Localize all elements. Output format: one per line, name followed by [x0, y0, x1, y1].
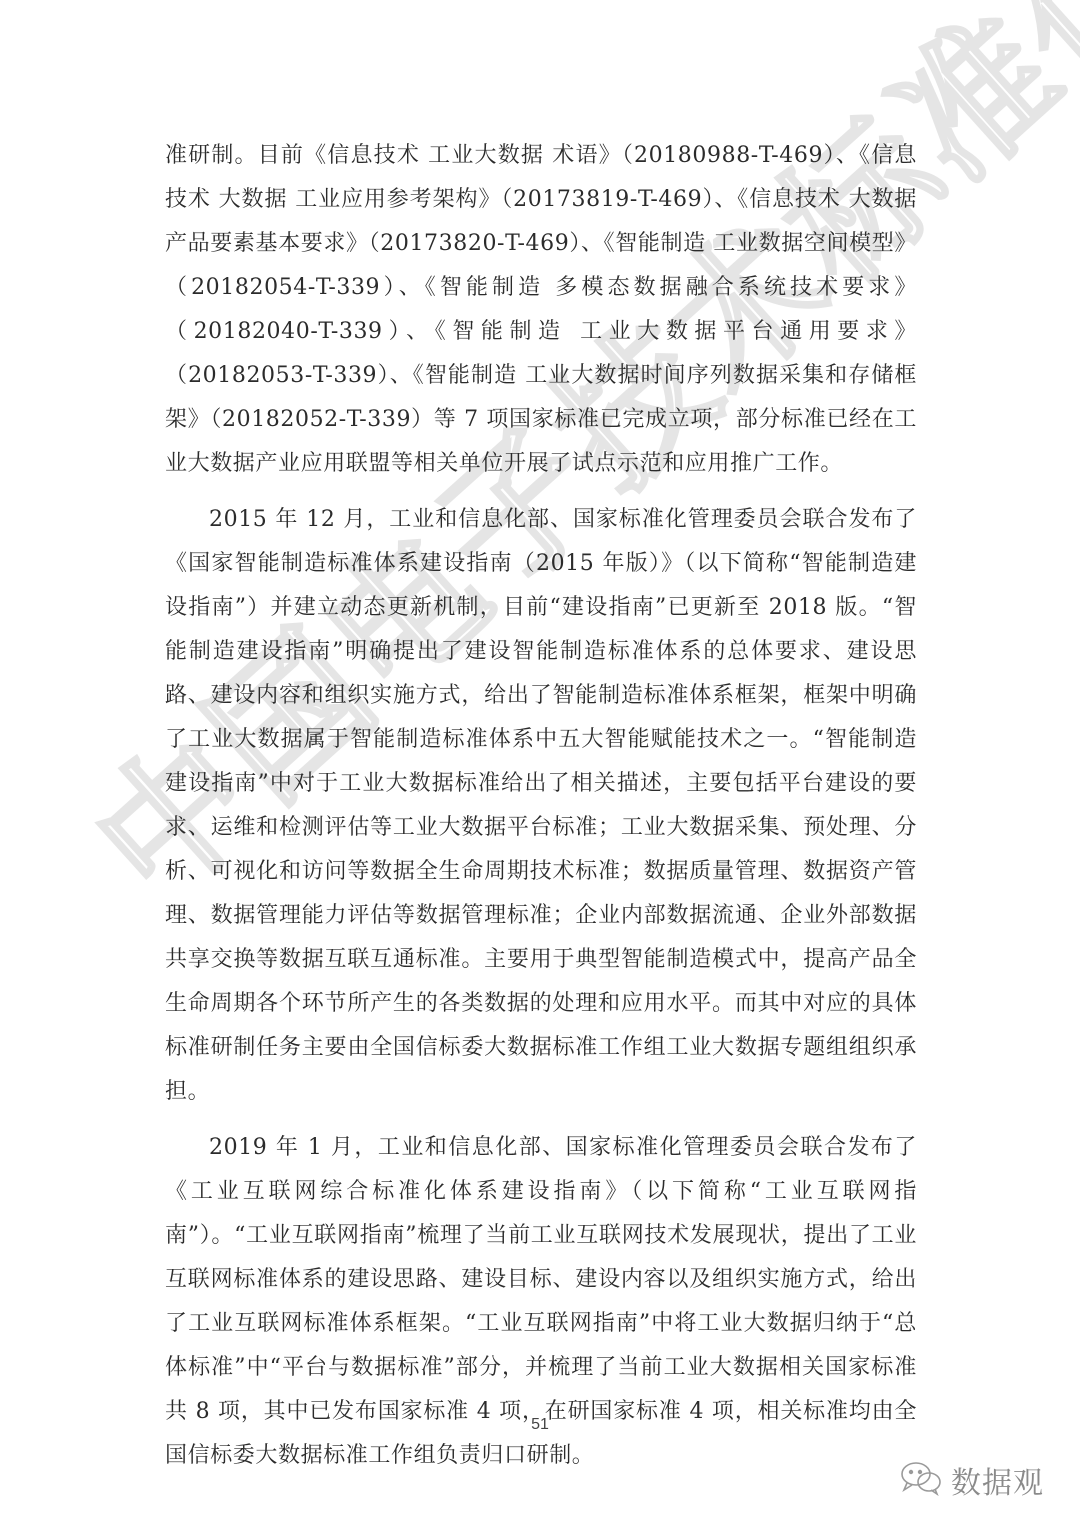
paragraph-standards-list: 准研制。目前《信息技术 工业大数据 术语》（20180988-T-469）、《信… [165, 134, 917, 486]
wechat-icon [899, 1460, 943, 1500]
page-number: 51 [0, 1416, 1080, 1434]
source-watermark-badge: 数据观 [899, 1458, 1044, 1502]
paragraph-smart-manufacturing-guide: 2015 年 12 月，工业和信息化部、国家标准化管理委员会联合发布了《国家智能… [165, 498, 917, 1114]
source-account-label: 数据观 [951, 1458, 1044, 1502]
document-body: 准研制。目前《信息技术 工业大数据 术语》（20180988-T-469）、《信… [165, 134, 917, 1478]
